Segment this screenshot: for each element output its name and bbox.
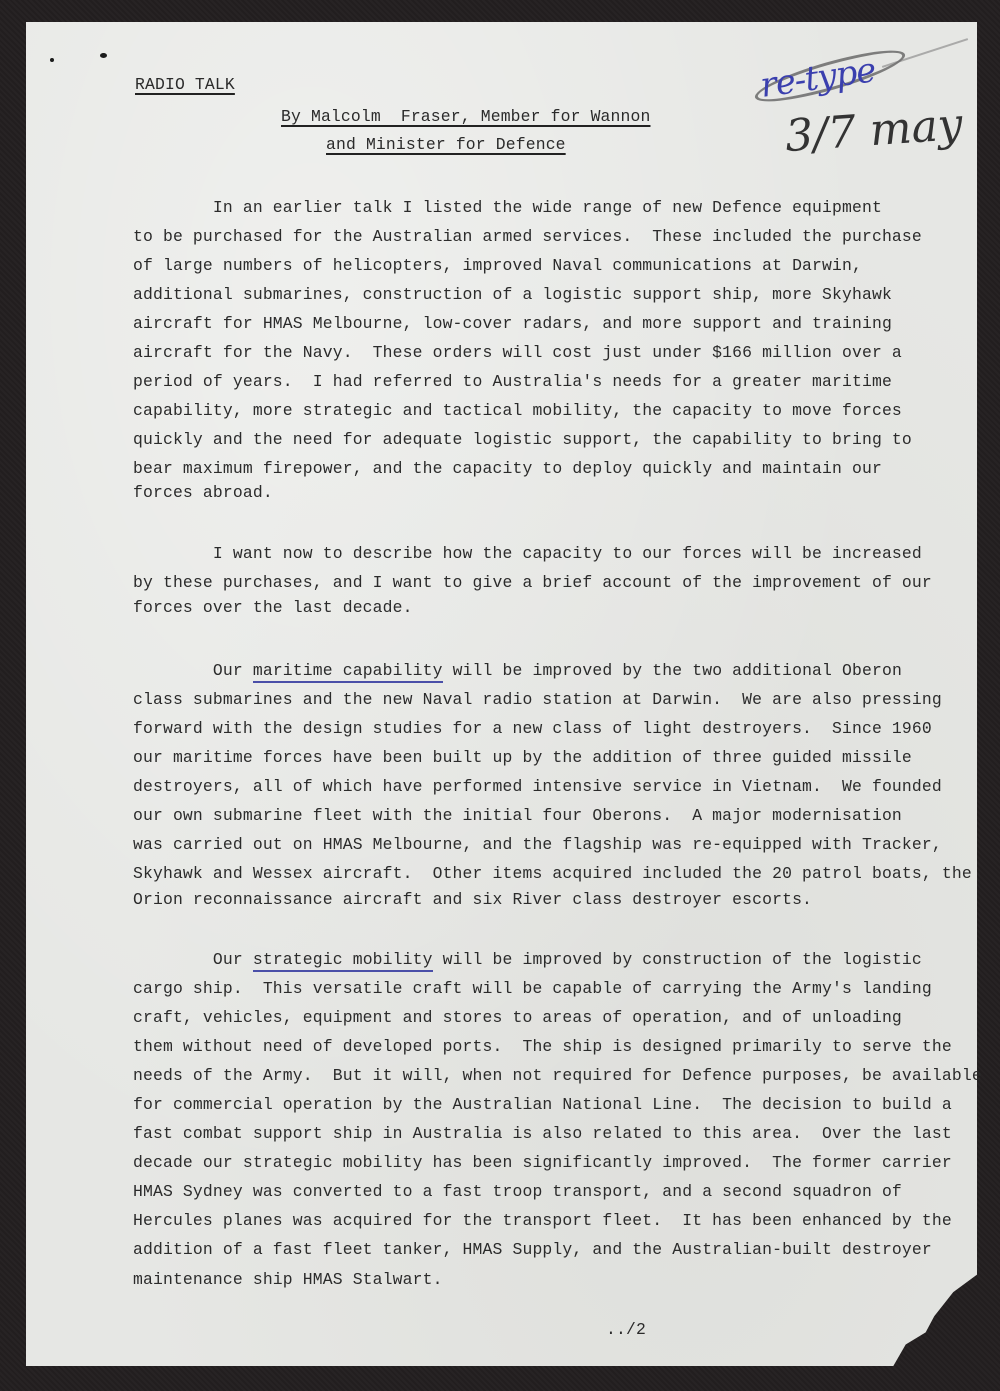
paragraph-4-line: Hercules planes was acquired for the tra…: [133, 1211, 952, 1231]
paragraph-4-line: them without need of developed ports. Th…: [133, 1037, 952, 1057]
paragraph-4-line: HMAS Sydney was converted to a fast troo…: [133, 1182, 902, 1202]
paragraph-1-line: capability, more strategic and tactical …: [133, 401, 902, 421]
paragraph-4-line: addition of a fast fleet tanker, HMAS Su…: [133, 1240, 932, 1260]
paragraph-1-line: bear maximum firepower, and the capacity…: [133, 459, 882, 479]
underlined-phrase-maritime-capability: maritime capability: [253, 661, 443, 683]
paragraph-1-line: aircraft for HMAS Melbourne, low-cover r…: [133, 314, 892, 334]
paragraph-4-prefix: Our: [133, 950, 253, 969]
paragraph-1-line: quickly and the need for adequate logist…: [133, 430, 912, 450]
paragraph-4-first-line: Our strategic mobility will be improved …: [133, 950, 922, 970]
paragraph-3-first-line: Our maritime capability will be improved…: [133, 661, 902, 681]
paragraph-3-line: Orion reconnaissance aircraft and six Ri…: [133, 890, 812, 910]
paragraph-4-line: decade our strategic mobility has been s…: [133, 1153, 952, 1173]
paragraph-3-line: was carried out on HMAS Melbourne, and t…: [133, 835, 942, 855]
paragraph-3-line: our maritime forces have been built up b…: [133, 748, 912, 768]
paragraph-3-line: our own submarine fleet with the initial…: [133, 806, 902, 826]
paragraph-3-line: forward with the design studies for a ne…: [133, 719, 932, 739]
paragraph-1-line: In an earlier talk I listed the wide ran…: [133, 198, 882, 218]
paragraph-1-line: of large numbers of helicopters, improve…: [133, 256, 862, 276]
paragraph-1-line: period of years. I had referred to Austr…: [133, 372, 892, 392]
paragraph-4-line: maintenance ship HMAS Stalwart.: [133, 1270, 443, 1290]
paragraph-1-line: forces abroad.: [133, 483, 273, 503]
paragraph-3-line: Skyhawk and Wessex aircraft. Other items…: [133, 864, 972, 884]
paragraph-1-line: aircraft for the Navy. These orders will…: [133, 343, 902, 363]
ink-speck: [100, 53, 107, 58]
page-continuation-marker: ../2: [606, 1320, 646, 1340]
paragraph-2-line: forces over the last decade.: [133, 598, 413, 618]
paragraph-3-line: class submarines and the new Naval radio…: [133, 690, 942, 710]
paragraph-4-line: needs of the Army. But it will, when not…: [133, 1066, 982, 1086]
paragraph-1-line: to be purchased for the Australian armed…: [133, 227, 922, 247]
paragraph-2-line: by these purchases, and I want to give a…: [133, 573, 932, 593]
paragraph-4-line: for commercial operation by the Australi…: [133, 1095, 952, 1115]
paragraph-4-line: craft, vehicles, equipment and stores to…: [133, 1008, 902, 1028]
paragraph-3-suffix: will be improved by the two additional O…: [443, 661, 902, 680]
byline-author: By Malcolm Fraser, Member for Wannon: [281, 107, 650, 127]
document-heading: RADIO TALK: [135, 75, 235, 95]
paragraph-4-suffix: will be improved by construction of the …: [433, 950, 922, 969]
ink-speck: [50, 58, 54, 62]
paragraph-2-line: I want now to describe how the capacity …: [133, 544, 922, 564]
paragraph-4-line: fast combat support ship in Australia is…: [133, 1124, 952, 1144]
paragraph-3-prefix: Our: [133, 661, 253, 680]
underlined-phrase-strategic-mobility: strategic mobility: [253, 950, 433, 972]
paragraph-4-line: cargo ship. This versatile craft will be…: [133, 979, 932, 999]
paragraph-3-line: destroyers, all of which have performed …: [133, 777, 942, 797]
paragraph-1-line: additional submarines, construction of a…: [133, 285, 892, 305]
byline-title: and Minister for Defence: [326, 135, 566, 155]
